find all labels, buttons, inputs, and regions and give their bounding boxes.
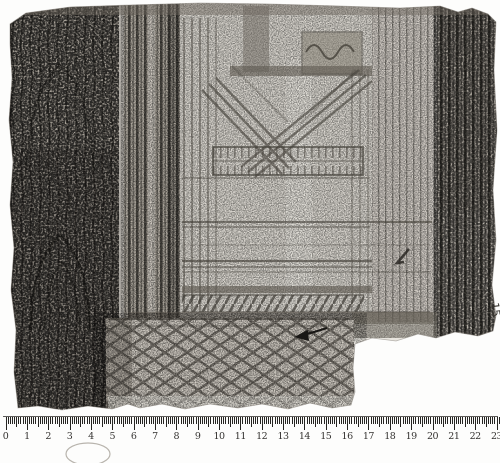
ruler-tick (78, 417, 79, 424)
ruler-tick (44, 417, 45, 424)
ruler-tick (196, 417, 197, 424)
ruler-tick (334, 417, 335, 424)
ruler-tick (492, 417, 493, 424)
ruler-number: 19 (406, 431, 417, 442)
ruler-tick (127, 417, 128, 424)
ruler-tick (23, 417, 24, 424)
ruler-tick (217, 417, 218, 424)
ruler-tick (134, 417, 135, 430)
ruler-tick (373, 417, 374, 424)
ruler-tick (240, 417, 241, 430)
ruler-tick (183, 417, 184, 424)
ruler-tick (245, 417, 246, 424)
ruler-tick (477, 417, 478, 424)
ruler-number: 10 (213, 431, 224, 442)
ruler-tick (362, 417, 363, 424)
ruler-tick (433, 417, 434, 430)
ruler-tick (80, 417, 81, 427)
ruler-tick (405, 417, 406, 424)
ruler-tick (27, 417, 28, 430)
ruler-tick (388, 417, 389, 424)
ruler-tick (198, 417, 199, 430)
ruler-tick (343, 417, 344, 424)
ruler-tick (383, 417, 384, 424)
ruler-tick (25, 417, 26, 424)
ruler-tick (479, 417, 480, 424)
ruler-number: 13 (278, 431, 289, 442)
ruler-tick (230, 417, 231, 427)
ruler-tick (200, 417, 201, 424)
ruler-tick (275, 417, 276, 424)
ruler-number: 11 (235, 431, 246, 442)
ruler-tick (292, 417, 293, 424)
ruler-tick (52, 417, 53, 424)
ruler-tick (260, 417, 261, 424)
ruler-tick (454, 417, 455, 430)
ruler-tick (63, 417, 64, 424)
ruler-tick (287, 417, 288, 424)
ruler-tick (403, 417, 404, 424)
ruler-tick (467, 417, 468, 424)
ruler-tick (270, 417, 271, 424)
ruler-tick (57, 417, 58, 424)
ruler-tick (142, 417, 143, 424)
ruler-tick (251, 417, 252, 427)
ruler-tick (332, 417, 333, 424)
ruler-tick (379, 417, 380, 427)
ruler-tick (228, 417, 229, 424)
ruler-tick (112, 417, 113, 430)
ruler-tick (159, 417, 160, 424)
ruler-number: 18 (384, 431, 395, 442)
ruler-tick (418, 417, 419, 424)
ruler-tick (55, 417, 56, 424)
ruler-tick (465, 417, 466, 427)
ruler-tick (70, 417, 71, 430)
ruler-tick (458, 417, 459, 424)
ruler-tick (249, 417, 250, 424)
ruler-number: 8 (174, 431, 180, 442)
ruler-tick (232, 417, 233, 424)
ruler-tick (381, 417, 382, 424)
textile-fragment-photo: 15 (0, 0, 500, 413)
ruler-tick (360, 417, 361, 424)
ruler-tick (208, 417, 209, 427)
ruler-tick (268, 417, 269, 424)
ruler-tick (42, 417, 43, 424)
ruler-number: 6 (131, 431, 137, 442)
ruler-tick (296, 417, 297, 424)
ruler-tick (371, 417, 372, 424)
ruler-tick (176, 417, 177, 430)
ruler-number: 9 (195, 431, 201, 442)
ruler-tick (339, 417, 340, 424)
ruler-tick (136, 417, 137, 424)
ruler-tick (215, 417, 216, 424)
ruler-tick (469, 417, 470, 424)
ruler-tick (309, 417, 310, 424)
ruler-tick (12, 417, 13, 424)
ruler-tick (456, 417, 457, 424)
ruler-tick (368, 417, 369, 430)
ruler-number: 23 (491, 431, 500, 442)
ruler-tick (413, 417, 414, 424)
ruler-tick (99, 417, 100, 424)
ruler-tick (447, 417, 448, 424)
ruler-tick (29, 417, 30, 424)
ruler-tick (437, 417, 438, 424)
ruler-tick (202, 417, 203, 424)
ruler-tick (430, 417, 431, 424)
ruler-tick (354, 417, 355, 424)
ruler-tick (151, 417, 152, 424)
ruler-tick (409, 417, 410, 424)
ruler-tick (119, 417, 120, 424)
ruler-tick (123, 417, 124, 427)
ruler-tick (76, 417, 77, 424)
ruler-tick (497, 417, 498, 430)
ruler-tick (473, 417, 474, 424)
ruler-number: 15 (320, 431, 331, 442)
ruler-tick (153, 417, 154, 424)
ruler-tick (247, 417, 248, 424)
ruler-tick (31, 417, 32, 424)
ruler-tick (264, 417, 265, 424)
ruler-tick (172, 417, 173, 424)
ruler-tick (390, 417, 391, 430)
ruler-tick (138, 417, 139, 424)
ruler-tick (460, 417, 461, 424)
ruler-number: 0 (3, 431, 9, 442)
ruler-tick (277, 417, 278, 424)
ruler-tick (144, 417, 145, 427)
ruler-tick (185, 417, 186, 424)
ruler-tick (358, 417, 359, 427)
ruler-tick (375, 417, 376, 424)
ruler-tick (206, 417, 207, 424)
ruler-number: 16 (342, 431, 353, 442)
ruler-tick (35, 417, 36, 424)
ruler-tick (441, 417, 442, 424)
ruler-tick (219, 417, 220, 430)
ruler-tick (87, 417, 88, 424)
ruler-tick (204, 417, 205, 424)
braid-band (182, 295, 364, 312)
ruler-tick (149, 417, 150, 424)
ruler-tick (272, 417, 273, 427)
ruler-tick (121, 417, 122, 424)
ruler-tick (298, 417, 299, 424)
ruler-tick (174, 417, 175, 424)
ruler-tick (238, 417, 239, 424)
scanned-photo-page: 15 0123456789101112131415161718192021222… (0, 0, 500, 463)
ruler-tick (82, 417, 83, 424)
ruler-tick (140, 417, 141, 424)
ruler-number: 20 (427, 431, 438, 442)
ruler-tick (6, 417, 7, 430)
ruler-tick (110, 417, 111, 424)
ruler-tick (146, 417, 147, 424)
ruler-tick (398, 417, 399, 424)
ruler-tick (102, 417, 103, 427)
ruler-tick (157, 417, 158, 424)
ruler-tick (349, 417, 350, 424)
ruler-tick (294, 417, 295, 427)
ruler-number: 2 (45, 431, 51, 442)
ruler-number: 21 (448, 431, 459, 442)
ruler-tick (330, 417, 331, 424)
ruler-tick (40, 417, 41, 424)
ruler-tick (304, 417, 305, 430)
ruler-tick (411, 417, 412, 430)
ruler-tick (8, 417, 9, 424)
ruler-tick (351, 417, 352, 424)
ruler-tick (396, 417, 397, 424)
smudge-mark (55, 440, 125, 463)
ruler-tick (289, 417, 290, 424)
ruler-number: 12 (256, 431, 267, 442)
ruler-tick (108, 417, 109, 424)
right-stripe-band (437, 4, 498, 336)
ruler-tick (191, 417, 192, 424)
ruler-tick (155, 417, 156, 430)
ruler-tick (84, 417, 85, 424)
ruler-tick (104, 417, 105, 424)
ruler-number: 7 (152, 431, 158, 442)
ruler-tick (210, 417, 211, 424)
ruler-tick (484, 417, 485, 424)
ruler-tick (428, 417, 429, 424)
ruler-tick (356, 417, 357, 424)
ruler-tick (452, 417, 453, 424)
ruler-tick (117, 417, 118, 424)
ruler-tick (187, 417, 188, 427)
ruler-tick (10, 417, 11, 424)
ruler-tick (193, 417, 194, 424)
ruler-tick (46, 417, 47, 424)
ruler-number: 14 (299, 431, 310, 442)
ruler-tick (283, 417, 284, 430)
ruler-tick (488, 417, 489, 424)
ruler-tick (18, 417, 19, 424)
ruler-tick (377, 417, 378, 424)
ruler-tick (50, 417, 51, 424)
ruler-tick (445, 417, 446, 424)
ruler-tick (242, 417, 243, 424)
ruler-tick (114, 417, 115, 424)
handwritten-number: 15 (488, 302, 500, 317)
ruler-tick (166, 417, 167, 427)
ruler-tick (482, 417, 483, 424)
ruler-tick (311, 417, 312, 424)
ruler-tick (33, 417, 34, 424)
ruler-tick (48, 417, 49, 430)
ruler-tick (189, 417, 190, 424)
ruler-tick (392, 417, 393, 424)
ruler-tick (255, 417, 256, 424)
ruler-tick (471, 417, 472, 424)
ruler-tick (72, 417, 73, 424)
ruler-tick (234, 417, 235, 424)
ruler-tick (178, 417, 179, 424)
ruler-tick (168, 417, 169, 424)
ruler-tick (490, 417, 491, 424)
ruler-tick (462, 417, 463, 424)
ruler-tick (494, 417, 495, 424)
ruler-tick (475, 417, 476, 430)
ruler-tick (225, 417, 226, 424)
ruler-tick (420, 417, 421, 424)
ruler-tick (223, 417, 224, 424)
dark-vertical-smear (243, 6, 269, 72)
ruler-tick (281, 417, 282, 424)
ruler-tick (181, 417, 182, 424)
ruler-tick (328, 417, 329, 424)
ruler-tick (266, 417, 267, 424)
ruler-tick (443, 417, 444, 427)
ruler-tick (67, 417, 68, 424)
ruler-tick (170, 417, 171, 424)
ruler-tick (161, 417, 162, 424)
ruler-tick (307, 417, 308, 424)
ruler-tick (236, 417, 237, 424)
ruler-number: 1 (24, 431, 30, 442)
ruler-tick (317, 417, 318, 424)
ruler-tick (253, 417, 254, 424)
ruler-tick (91, 417, 92, 430)
ruler-tick (163, 417, 164, 424)
ruler-tick (221, 417, 222, 424)
ruler-tick (347, 417, 348, 430)
ruler-tick (74, 417, 75, 424)
ruler-tick (386, 417, 387, 424)
ruler-tick (324, 417, 325, 424)
ruler-tick (89, 417, 90, 424)
ruler-tick (300, 417, 301, 424)
ruler-tick (257, 417, 258, 424)
ruler-number: 17 (363, 431, 374, 442)
ruler-tick (319, 417, 320, 424)
ruler-tick (285, 417, 286, 424)
ruler-tick (426, 417, 427, 424)
ruler-tick (439, 417, 440, 424)
ruler-tick (213, 417, 214, 424)
ruler-tick (97, 417, 98, 424)
ruler-tick (95, 417, 96, 424)
ruler-number: 22 (470, 431, 481, 442)
ruler-tick (38, 417, 39, 427)
ruler-tick (336, 417, 337, 427)
ruler-tick (59, 417, 60, 427)
ruler-tick (302, 417, 303, 424)
ruler-tick (14, 417, 15, 424)
ruler-tick (400, 417, 401, 427)
ruler-tick (364, 417, 365, 424)
ruler-tick (424, 417, 425, 424)
ruler-tick (486, 417, 487, 427)
ruler-tick (106, 417, 107, 424)
ruler-tick (345, 417, 346, 424)
ruler-tick (315, 417, 316, 427)
ruler-tick (422, 417, 423, 427)
ruler-tick (131, 417, 132, 424)
ruler-tick (61, 417, 62, 424)
ruler-tick (313, 417, 314, 424)
ruler-tick (407, 417, 408, 424)
ruler-tick (125, 417, 126, 424)
ruler-tick (20, 417, 21, 424)
ruler-tick (435, 417, 436, 424)
ruler-tick (394, 417, 395, 424)
transition-band-right (352, 312, 437, 338)
ruler-tick (450, 417, 451, 424)
ruler-tick (93, 417, 94, 424)
ruler-tick (262, 417, 263, 430)
ruler-tick (415, 417, 416, 424)
ruler-tick (129, 417, 130, 424)
ruler-tick (65, 417, 66, 424)
ruler-tick (341, 417, 342, 424)
ruler-tick (321, 417, 322, 424)
ruler-tick (366, 417, 367, 424)
ruler-tick (326, 417, 327, 430)
ruler-tick (279, 417, 280, 424)
ruler-tick (16, 417, 17, 427)
